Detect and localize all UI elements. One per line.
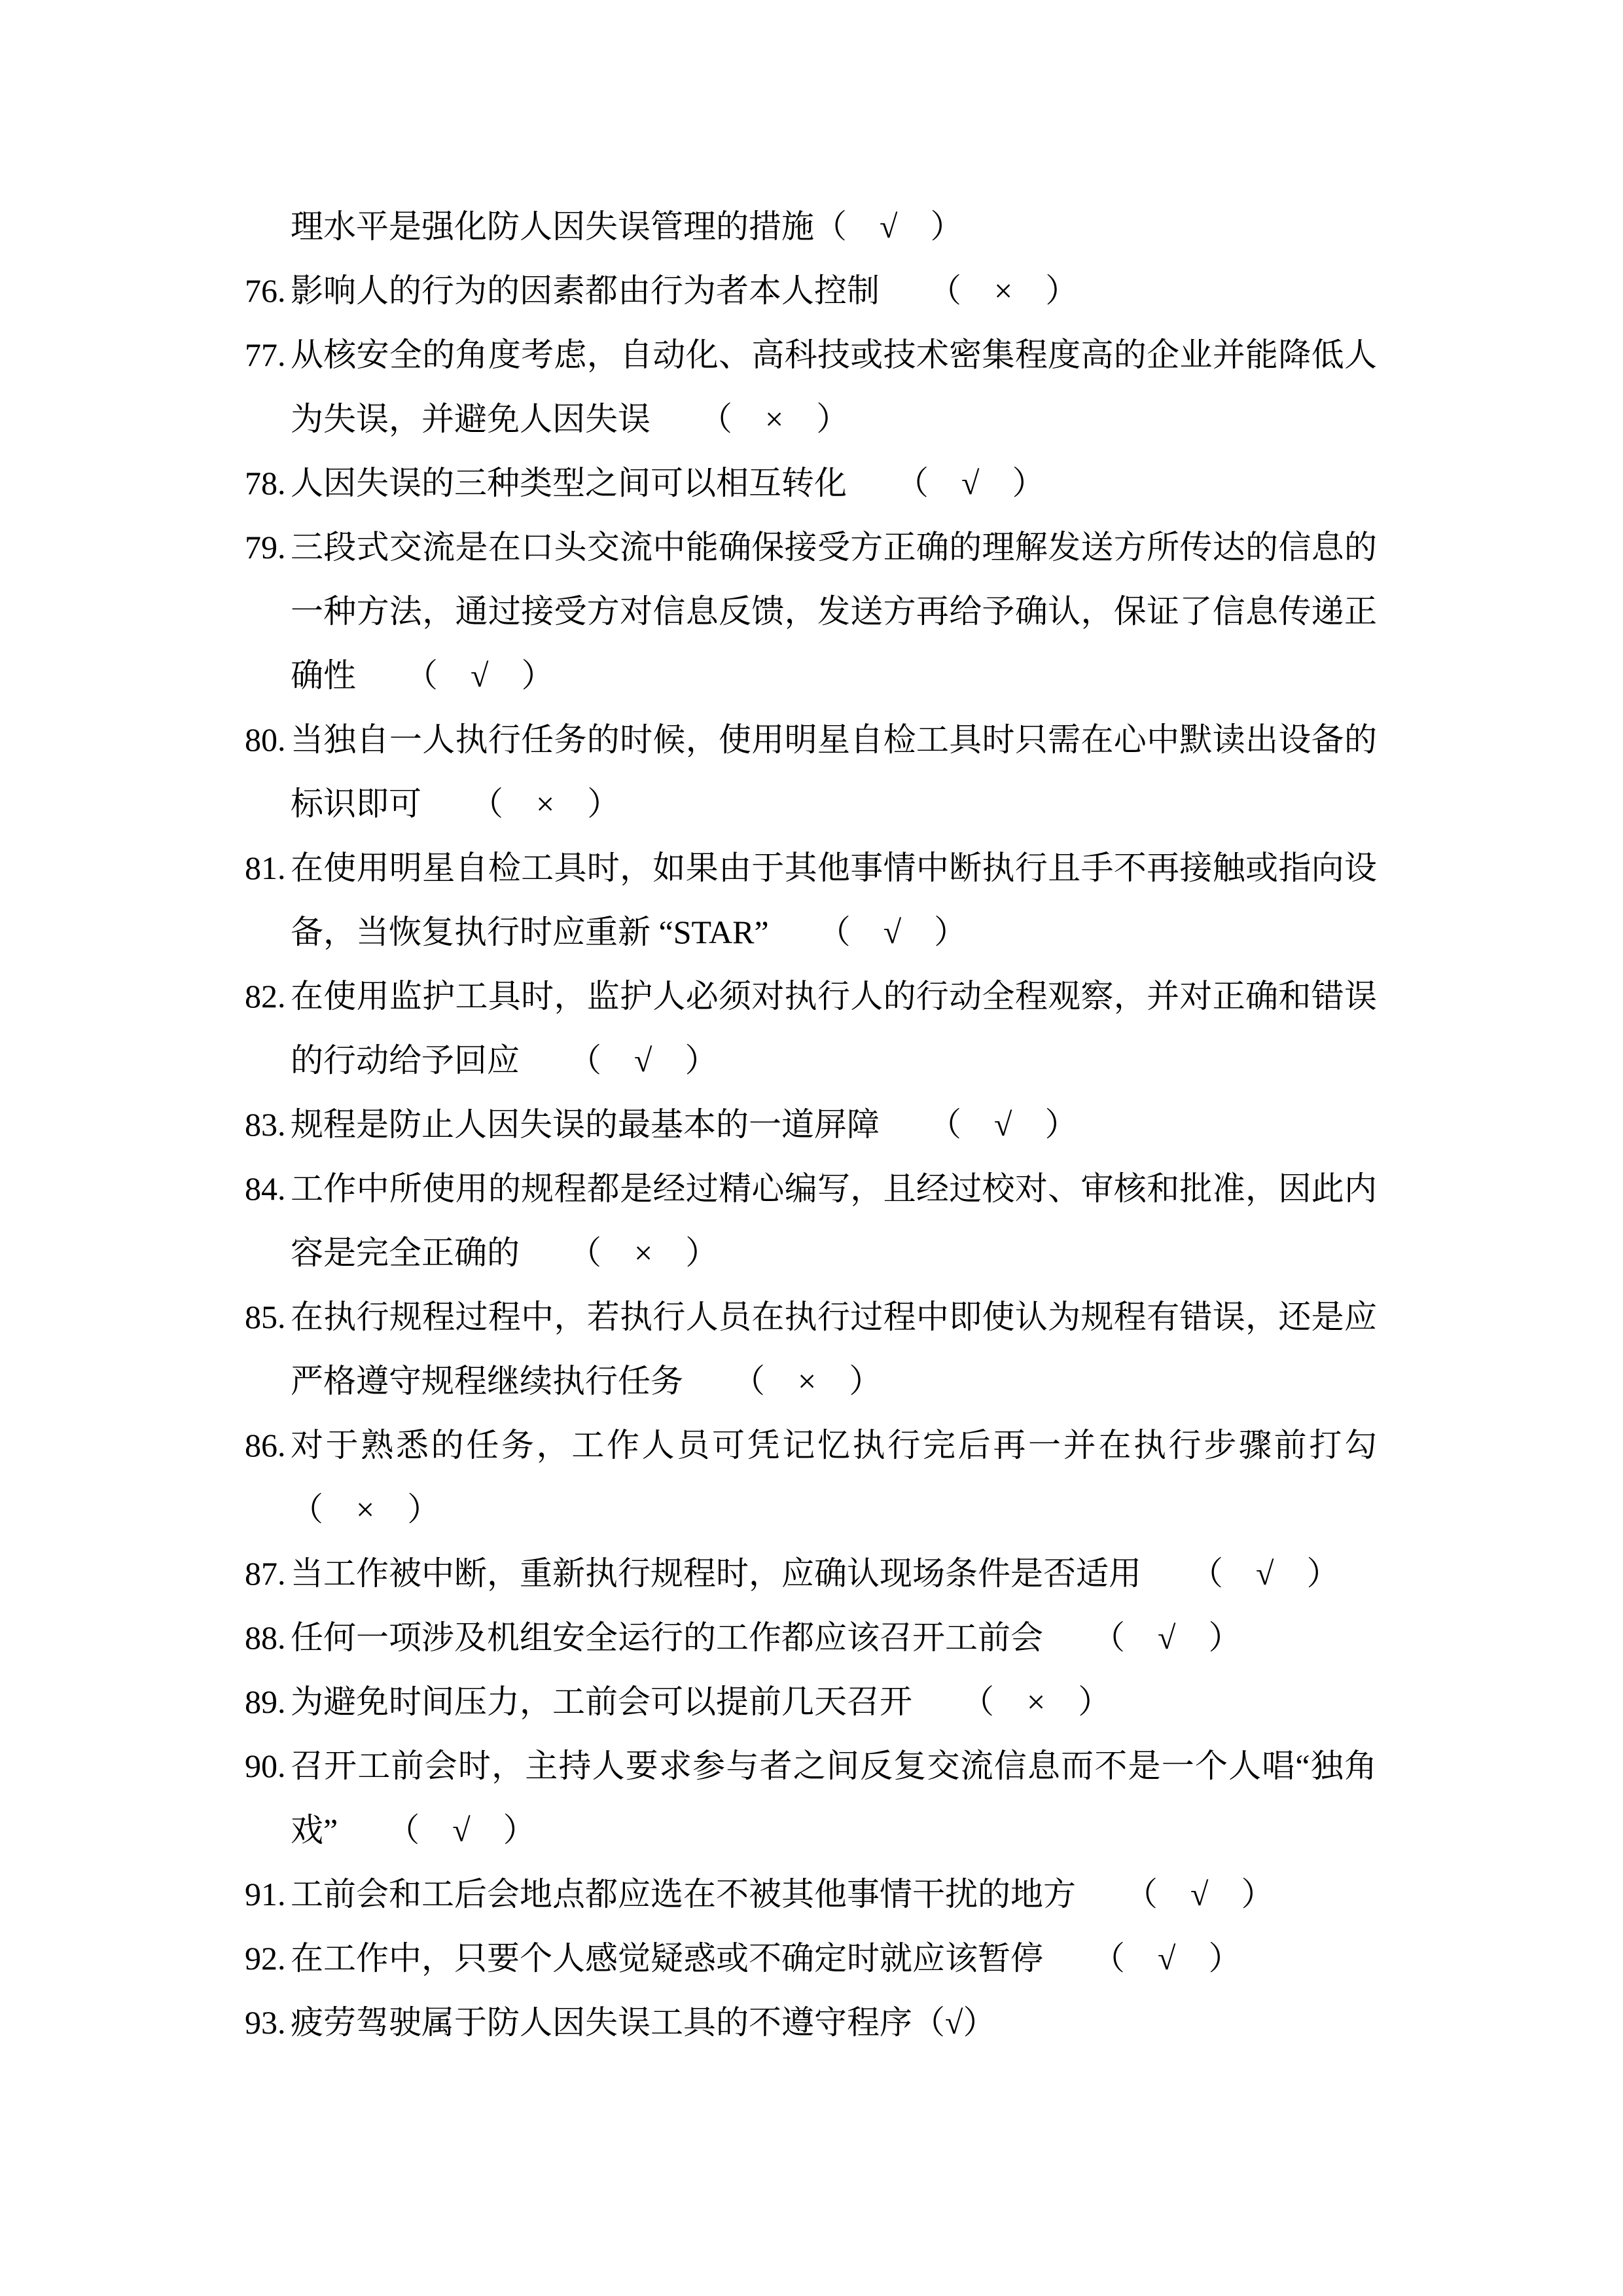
question-line: 89.为避免时间压力，工前会可以提前几天召开 （ × ） xyxy=(291,1670,1377,1734)
question-text: 工前会和工后会地点都应选在不被其他事情干扰的地方 （ √ ） xyxy=(291,1876,1274,1912)
question-text: 戏” （ √ ） xyxy=(291,1812,536,1848)
question-text: 三段式交流是在口头交流中能确保接受方正确的理解发送方所传达的信息的 xyxy=(291,529,1377,565)
question-number: 76. xyxy=(245,259,286,323)
question-text: 人因失误的三种类型之间可以相互转化 （ √ ） xyxy=(291,465,1044,501)
question-line: 90.召开工前会时，主持人要求参与者之间反复交流信息而不是一个人唱“独角 xyxy=(291,1734,1377,1798)
question-text: 容是完全正确的 （ × ） xyxy=(291,1234,718,1271)
question-line: 77.从核安全的角度考虑，自动化、高科技或技术密集程度高的企业并能降低人 xyxy=(291,323,1377,387)
question-line: 83.规程是防止人因失误的最基本的一道屏障 （ √ ） xyxy=(291,1092,1377,1157)
question-number: 89. xyxy=(245,1670,286,1734)
question-text: 为避免时间压力，工前会可以提前几天召开 （ × ） xyxy=(291,1683,1111,1720)
question-number: 80. xyxy=(245,708,286,772)
question-text: 在执行规程过程中，若执行人员在执行过程中即使认为规程有错误，还是应 xyxy=(291,1299,1377,1335)
question-line: 91.工前会和工后会地点都应选在不被其他事情干扰的地方 （ √ ） xyxy=(291,1862,1377,1926)
question-text: 当独自一人执行任务的时候，使用明星自检工具时只需在心中默读出设备的 xyxy=(291,721,1377,758)
question-line: 戏” （ √ ） xyxy=(291,1798,1377,1862)
question-text: 在使用监护工具时，监护人必须对执行人的行动全程观察，并对正确和错误 xyxy=(291,978,1377,1014)
question-text: 为失误，并避免人因失误 （ × ） xyxy=(291,401,849,437)
question-text: 的行动给予回应 （ √ ） xyxy=(291,1042,717,1079)
question-text: 标识即可 （ × ） xyxy=(291,785,620,822)
question-line: 严格遵守规程继续执行任务 （ × ） xyxy=(291,1349,1377,1413)
question-number: 82. xyxy=(245,964,286,1028)
question-number: 79. xyxy=(245,515,286,579)
question-line: 87.当工作被中断，重新执行规程时，应确认现场条件是否适用 （ √ ） xyxy=(291,1541,1377,1605)
question-number: 78. xyxy=(245,451,286,515)
question-line: 79.三段式交流是在口头交流中能确保接受方正确的理解发送方所传达的信息的 xyxy=(291,515,1377,579)
question-text: 确性 （ √ ） xyxy=(291,657,554,694)
question-text: 召开工前会时，主持人要求参与者之间反复交流信息而不是一个人唱“独角 xyxy=(291,1748,1377,1784)
question-line: 81.在使用明星自检工具时，如果由于其他事情中断执行且手不再接触或指向设 xyxy=(291,836,1377,900)
document-page: 理水平是强化防人因失误管理的措施（ √ ）76.影响人的行为的因素都由行为者本人… xyxy=(291,194,1377,2054)
question-line: 84.工作中所使用的规程都是经过精心编写，且经过校对、审核和批准，因此内 xyxy=(291,1157,1377,1221)
question-number: 92. xyxy=(245,1926,286,1990)
question-number: 91. xyxy=(245,1862,286,1926)
question-text: 当工作被中断，重新执行规程时，应确认现场条件是否适用 （ √ ） xyxy=(291,1555,1339,1592)
question-number: 93. xyxy=(245,1990,286,2054)
question-number: 81. xyxy=(245,836,286,900)
question-number: 88. xyxy=(245,1605,286,1670)
question-text: 影响人的行为的因素都由行为者本人控制 （ × ） xyxy=(291,272,1078,309)
question-text: 一种方法，通过接受方对信息反馈，发送方再给予确认，保证了信息传递正 xyxy=(291,593,1377,630)
question-number: 90. xyxy=(245,1734,286,1798)
question-line: 理水平是强化防人因失误管理的措施（ √ ） xyxy=(291,194,1377,259)
question-text: （ × ） xyxy=(291,1491,440,1528)
question-text: 任何一项涉及机组安全运行的工作都应该召开工前会 （ √ ） xyxy=(291,1619,1241,1656)
question-line: 93.疲劳驾驶属于防人因失误工具的不遵守程序（√） xyxy=(291,1990,1377,2054)
question-line: 88.任何一项涉及机组安全运行的工作都应该召开工前会 （ √ ） xyxy=(291,1605,1377,1670)
question-line: 78.人因失误的三种类型之间可以相互转化 （ √ ） xyxy=(291,451,1377,515)
question-number: 87. xyxy=(245,1541,286,1605)
question-text: 严格遵守规程继续执行任务 （ × ） xyxy=(291,1363,882,1399)
question-line: 一种方法，通过接受方对信息反馈，发送方再给予确认，保证了信息传递正 xyxy=(291,579,1377,643)
question-number: 86. xyxy=(245,1413,286,1477)
question-text: 备，当恢复执行时应重新 “STAR” （ √ ） xyxy=(291,914,967,950)
question-line: （ × ） xyxy=(291,1477,1377,1541)
question-text: 理水平是强化防人因失误管理的措施（ √ ） xyxy=(291,208,963,245)
question-line: 为失误，并避免人因失误 （ × ） xyxy=(291,387,1377,451)
question-text: 对于熟悉的任务，工作人员可凭记忆执行完后再一并在执行步骤前打勾 xyxy=(291,1427,1377,1463)
question-line: 80.当独自一人执行任务的时候，使用明星自检工具时只需在心中默读出设备的 xyxy=(291,708,1377,772)
question-line: 标识即可 （ × ） xyxy=(291,772,1377,836)
question-number: 77. xyxy=(245,323,286,387)
question-text: 从核安全的角度考虑，自动化、高科技或技术密集程度高的企业并能降低人 xyxy=(291,336,1377,373)
question-text: 工作中所使用的规程都是经过精心编写，且经过校对、审核和批准，因此内 xyxy=(291,1170,1377,1207)
question-number: 84. xyxy=(245,1157,286,1221)
question-line: 的行动给予回应 （ √ ） xyxy=(291,1028,1377,1092)
question-line: 92.在工作中，只要个人感觉疑惑或不确定时就应该暂停 （ √ ） xyxy=(291,1926,1377,1990)
question-line: 76.影响人的行为的因素都由行为者本人控制 （ × ） xyxy=(291,259,1377,323)
question-text: 疲劳驾驶属于防人因失误工具的不遵守程序（√） xyxy=(291,2004,995,2041)
question-line: 85.在执行规程过程中，若执行人员在执行过程中即使认为规程有错误，还是应 xyxy=(291,1285,1377,1349)
question-text: 规程是防止人因失误的最基本的一道屏障 （ √ ） xyxy=(291,1106,1077,1143)
question-line: 容是完全正确的 （ × ） xyxy=(291,1221,1377,1285)
question-number: 85. xyxy=(245,1285,286,1349)
question-number: 83. xyxy=(245,1092,286,1157)
question-line: 确性 （ √ ） xyxy=(291,643,1377,708)
question-line: 86.对于熟悉的任务，工作人员可凭记忆执行完后再一并在执行步骤前打勾 xyxy=(291,1413,1377,1477)
question-text: 在工作中，只要个人感觉疑惑或不确定时就应该暂停 （ √ ） xyxy=(291,1940,1241,1977)
question-line: 82.在使用监护工具时，监护人必须对执行人的行动全程观察，并对正确和错误 xyxy=(291,964,1377,1028)
question-text: 在使用明星自检工具时，如果由于其他事情中断执行且手不再接触或指向设 xyxy=(291,850,1377,886)
question-line: 备，当恢复执行时应重新 “STAR” （ √ ） xyxy=(291,900,1377,964)
